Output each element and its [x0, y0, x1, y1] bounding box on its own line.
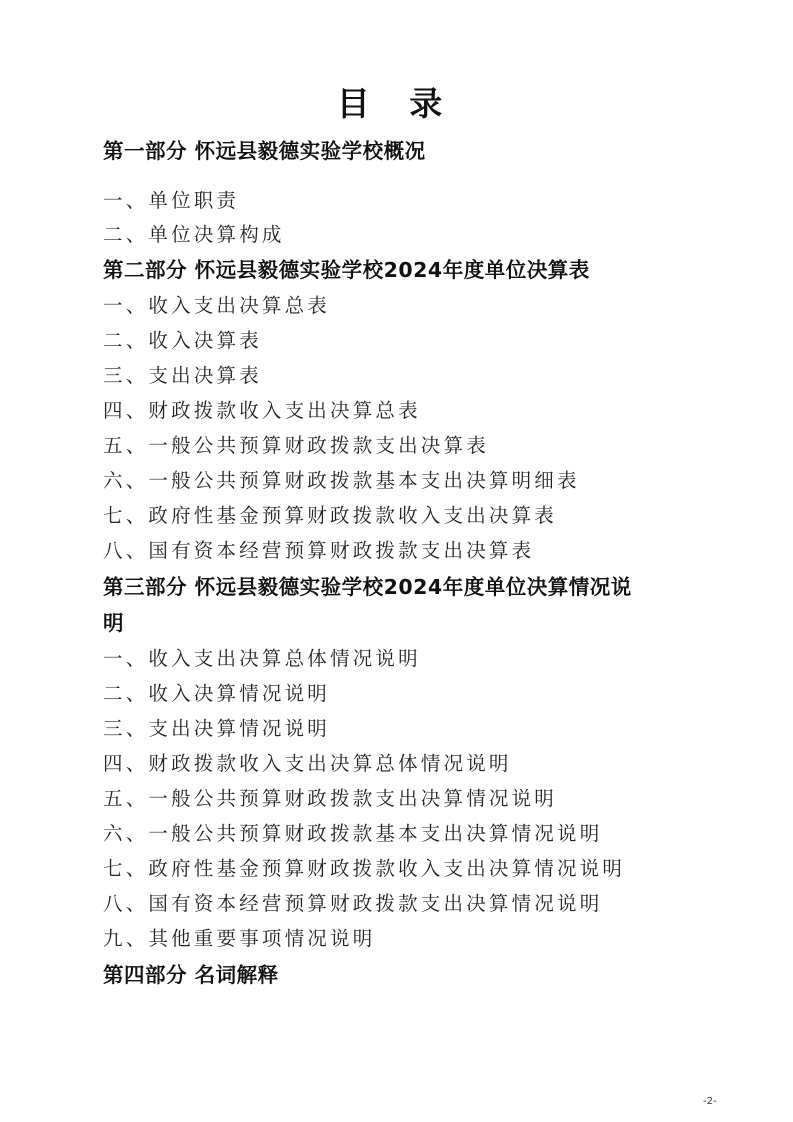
toc-item[interactable]: 七、政府性基金预算财政拨款收入支出决算表 [103, 500, 557, 528]
toc-part-4[interactable]: 第四部分 名词解释 [103, 958, 279, 988]
page-number: -2- [703, 1096, 717, 1107]
toc-item[interactable]: 六、一般公共预算财政拨款基本支出决算情况说明 [103, 818, 602, 846]
toc-part-3-cont[interactable]: 明 [103, 606, 124, 636]
toc-item[interactable]: 五、一般公共预算财政拨款支出决算表 [103, 430, 489, 458]
toc-part-3[interactable]: 第三部分 怀远县毅德实验学校2024年度单位决算情况说 [103, 570, 632, 600]
toc-item[interactable]: 四、财政拨款收入支出决算总表 [103, 395, 421, 423]
toc-item[interactable]: 六、一般公共预算财政拨款基本支出决算明细表 [103, 465, 580, 493]
toc-item[interactable]: 二、单位决算构成 [103, 219, 285, 247]
toc-item[interactable]: 三、支出决算情况说明 [103, 713, 330, 741]
toc-part-2[interactable]: 第二部分 怀远县毅德实验学校2024年度单位决算表 [103, 253, 590, 283]
toc-title: 目 录 [0, 78, 793, 125]
toc-part-1[interactable]: 第一部分 怀远县毅德实验学校概况 [103, 134, 426, 164]
toc-item[interactable]: 二、收入决算表 [103, 325, 262, 353]
toc-item[interactable]: 一、单位职责 [103, 185, 239, 213]
toc-item[interactable]: 三、支出决算表 [103, 360, 262, 388]
toc-item[interactable]: 二、收入决算情况说明 [103, 678, 330, 706]
toc-item[interactable]: 一、收入支出决算总体情况说明 [103, 643, 421, 671]
toc-item[interactable]: 七、政府性基金预算财政拨款收入支出决算情况说明 [103, 853, 625, 881]
toc-item[interactable]: 四、财政拨款收入支出决算总体情况说明 [103, 748, 512, 776]
toc-item[interactable]: 八、国有资本经营预算财政拨款支出决算表 [103, 535, 534, 563]
toc-item[interactable]: 八、国有资本经营预算财政拨款支出决算情况说明 [103, 888, 602, 916]
toc-item[interactable]: 一、收入支出决算总表 [103, 290, 330, 318]
toc-item[interactable]: 五、一般公共预算财政拨款支出决算情况说明 [103, 783, 557, 811]
toc-item[interactable]: 九、其他重要事项情况说明 [103, 923, 375, 951]
